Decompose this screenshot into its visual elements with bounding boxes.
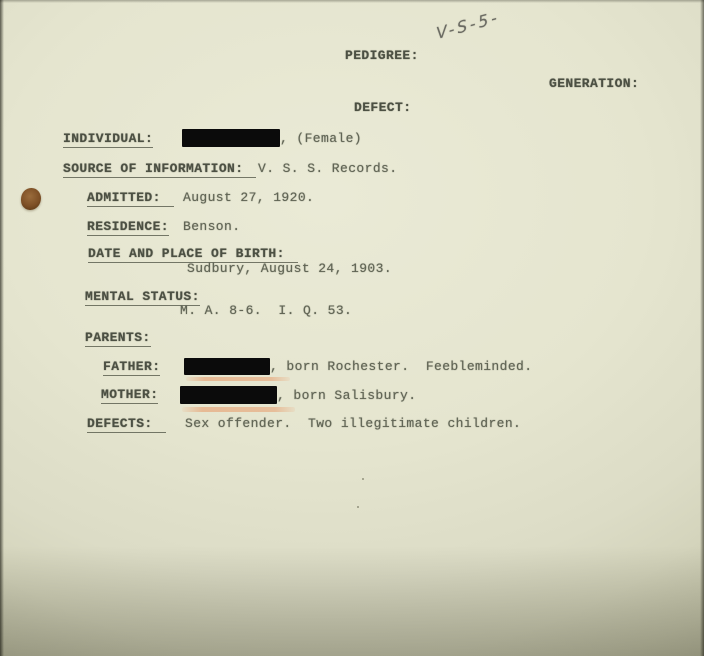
individual-suffix: , (Female) bbox=[280, 132, 362, 146]
residence-label: RESIDENCE: bbox=[87, 220, 169, 236]
defects-label: DEFECTS: bbox=[87, 417, 166, 433]
individual-name-redaction bbox=[182, 129, 280, 147]
mother-label: MOTHER: bbox=[101, 388, 158, 404]
mother-name-redaction bbox=[180, 386, 277, 404]
residence-value: Benson. bbox=[183, 220, 240, 234]
mother-highlight-mark bbox=[182, 407, 295, 412]
individual-label: INDIVIDUAL: bbox=[63, 132, 153, 148]
handwritten-note: V-S-5- bbox=[435, 7, 501, 43]
parents-label: PARENTS: bbox=[85, 331, 151, 347]
generation-label: GENERATION: bbox=[549, 77, 639, 91]
defects-value: Sex offender. Two illegitimate children. bbox=[185, 417, 521, 431]
paper-speck bbox=[362, 478, 364, 480]
birth-value: Sudbury, August 24, 1903. bbox=[187, 262, 392, 276]
defect-label: DEFECT: bbox=[354, 101, 411, 115]
paper-speck bbox=[357, 506, 359, 508]
mother-suffix: , born Salisbury. bbox=[277, 389, 416, 403]
document-page: V-S-5- PEDIGREE: GENERATION: DEFECT: IND… bbox=[0, 0, 704, 656]
father-label: FATHER: bbox=[103, 360, 160, 376]
admitted-label: ADMITTED: bbox=[87, 191, 174, 207]
photo-vignette-overlay bbox=[0, 0, 704, 656]
source-of-information-value: V. S. S. Records. bbox=[258, 162, 397, 176]
source-of-information-label: SOURCE OF INFORMATION: bbox=[63, 162, 256, 178]
stain-spot bbox=[21, 188, 41, 210]
father-highlight-mark bbox=[186, 377, 290, 381]
father-name-redaction bbox=[184, 358, 270, 375]
admitted-value: August 27, 1920. bbox=[183, 191, 314, 205]
father-suffix: , born Rochester. Feebleminded. bbox=[270, 360, 532, 374]
mental-status-value: M. A. 8-6. I. Q. 53. bbox=[180, 304, 352, 318]
pedigree-label: PEDIGREE: bbox=[345, 49, 419, 63]
